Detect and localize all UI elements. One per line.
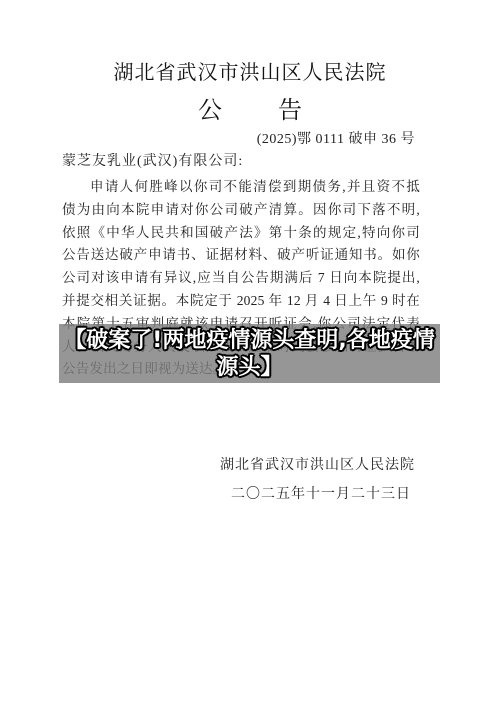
body-line: 债为由向本院申请对你公司破产清算。因你司下落不明, [62,199,420,222]
body-line: 公告送达破产申请书、证据材料、破产听证通知书。如你 [62,244,420,267]
signature-court: 湖北省武汉市洪山区人民法院 [220,456,415,476]
document-page: 湖北省武汉市洪山区人民法院 公 告 (2025)鄂 0111 破申 36 号 蒙… [0,0,500,706]
body-line: 依照《中华人民共和国破产法》第十条的规定,特向你司 [62,222,420,245]
caption-line-1: 【破案了!两地疫情源头查明,各地疫情 [64,327,434,354]
court-title: 湖北省武汉市洪山区人民法院 [0,56,500,85]
notice-heading: 公 告 [0,90,500,125]
caption-overlay-band: 【破案了!两地疫情源头查明,各地疫情 源头】 [59,324,440,383]
body-line: 公司对该申请有异议,应当自公告期满后 7 日向本院提出, [62,267,420,290]
signature-date: 二〇二五年十一月二十三日 [220,485,415,505]
notice-heading-char-gong: 公 [198,90,222,125]
recipient-line: 蒙芝友乳业(武汉)有限公司: [62,150,243,170]
caption-line-2: 源头】 [216,354,282,381]
case-number: (2025)鄂 0111 破申 36 号 [257,128,415,148]
notice-heading-char-gao: 告 [278,90,302,125]
body-line: 申请人何胜峰以你司不能清偿到期债务,并且资不抵 [62,176,420,199]
signature-block: 湖北省武汉市洪山区人民法院 二〇二五年十一月二十三日 [220,456,415,505]
body-line: 并提交相关证据。本院定于 2025 年 12 月 4 日上午 9 时在 [62,290,420,313]
